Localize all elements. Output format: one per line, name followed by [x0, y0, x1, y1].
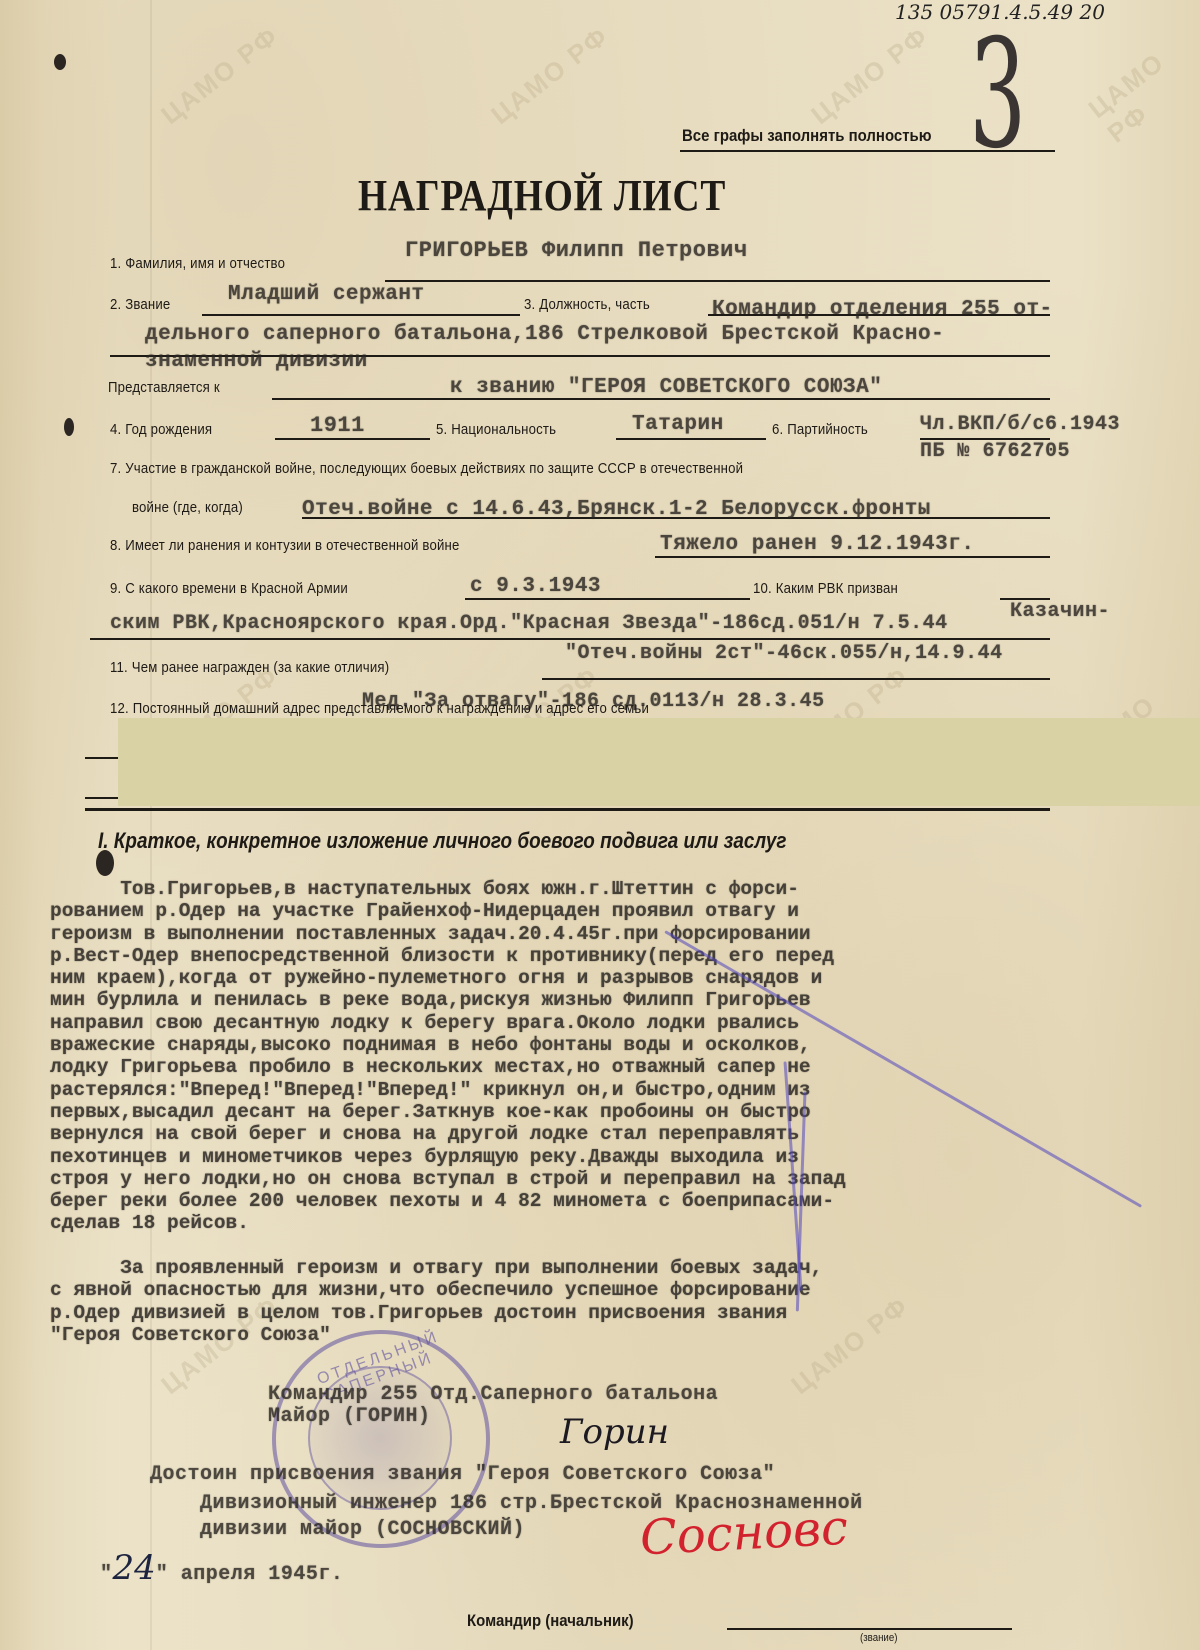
field-10-continuation: ским РВК,Красноярского края.Орд."Красная… [110, 612, 948, 635]
punch-hole [64, 418, 74, 436]
field-7-label-2: войне (где, когда) [132, 499, 243, 516]
narrative-line: р.Вест-Одер внепосредственной близости к… [50, 945, 1170, 967]
field-4-line [275, 438, 430, 440]
narrative-line: Тов.Григорьев,в наступательных боях южн.… [50, 878, 1170, 900]
field-9-value: с 9.3.1943 [470, 575, 601, 598]
field-6-value: Чл.ВКП/б/с6.1943 [920, 413, 1120, 436]
narrative-line: героизм в выполнении поставленных задач.… [50, 923, 1170, 945]
field-2-line [202, 314, 520, 316]
field-2-label: 2. Звание [110, 296, 170, 313]
narrative-line: направил свою десантную лодку к берегу в… [50, 1012, 1170, 1034]
field-4-label: 4. Год рождения [110, 421, 212, 438]
signatory-2-name: дивизии майор (СОСНОВСКИЙ) [200, 1518, 525, 1541]
field-12-line [85, 757, 118, 759]
field-11-value: "Отеч.войны 2ст"-46ск.055/н,14.9.44 [565, 642, 1003, 665]
signatory-1-position: Командир 255 Отд.Саперного батальона [268, 1383, 718, 1406]
field-1-value: ГРИГОРЬЕВ Филипп Петрович [405, 238, 748, 263]
punch-hole [54, 54, 66, 70]
award-narrative: Тов.Григорьев,в наступательных боях южн.… [50, 878, 1170, 1346]
instruction-note: Все графы заполнять полностью [682, 126, 932, 146]
recommendation-text: Достоин присвоения звания "Героя Советск… [150, 1463, 775, 1486]
field-10-label: 10. Каким РВК призван [753, 580, 898, 597]
footer-signature-line [727, 1628, 1012, 1630]
date-day: 24 [113, 1548, 156, 1588]
field-3-continuation-2: знаменной дивизии [145, 350, 368, 373]
field-5-line [616, 438, 766, 440]
date: "24" апреля 1945г. [100, 1548, 343, 1588]
field-2-value: Младший сержант [228, 283, 425, 306]
field-7-value: Отеч.войне с 14.6.43,Брянск.1-2 Белорусс… [302, 498, 931, 521]
narrative-line: строя у него лодки,но он снова вступал в… [50, 1168, 1170, 1190]
field-1-label: 1. Фамилия, имя и отчество [110, 255, 285, 272]
field-3-continuation-1: дельного саперного батальона,186 Стрелко… [145, 323, 944, 346]
field-8-label: 8. Имеет ли ранения и контузии в отечест… [110, 537, 460, 554]
date-rest: апреля 1945г. [181, 1563, 344, 1586]
field-3-value: Командир отделения 255 от- [712, 298, 1053, 321]
field-10-line-2 [90, 638, 1050, 640]
narrative-line: мин бурлила и пенилась в реке вода,риску… [50, 989, 1170, 1011]
field-9-line [465, 598, 750, 600]
footer-commander-label: Командир (начальник) [467, 1611, 634, 1631]
narrative-line: лодку Григорьева пробило в нескольких ме… [50, 1056, 1170, 1078]
nominated-label: Представляется к [108, 379, 220, 396]
section-divider [85, 808, 1050, 811]
official-stamp: ОТДЕЛЬНЫЙ САПЕРНЫЙ [272, 1330, 490, 1548]
field-5-label: 5. Национальность [436, 421, 556, 438]
narrative-line: с явной опасностью для жизни,что обеспеч… [50, 1279, 1170, 1301]
field-6-continuation: ПБ № 6762705 [920, 440, 1070, 463]
nominated-value: к званию "ГЕРОЯ СОВЕТСКОГО СОЮЗА" [450, 376, 882, 399]
field-9-label: 9. С какого времени в Красной Армии [110, 580, 348, 597]
instruction-underline [680, 150, 1055, 152]
page-number-mark: 3 [969, 20, 1026, 170]
narrative-line: р.Одер дивизией в целом тов.Григорьев до… [50, 1302, 1170, 1324]
narrative-line [50, 1235, 1170, 1257]
footer-caption: (звание) [860, 1632, 897, 1644]
narrative-line: пехотинцев и минометчиков через бурлящую… [50, 1146, 1170, 1168]
field-8-line [655, 556, 1050, 558]
document-title: НАГРАДНОЙ ЛИСТ [358, 170, 726, 221]
field-6-label: 6. Партийность [772, 421, 868, 438]
signature-2: Сосновс [639, 1500, 849, 1567]
field-11-line [542, 678, 1050, 680]
redaction-box [118, 718, 1200, 806]
paper-fold [150, 0, 152, 1650]
narrative-line: первых,высадил десант на берег.Заткнув к… [50, 1101, 1170, 1123]
narrative-line: сделав 18 рейсов. [50, 1212, 1170, 1234]
field-12-label: 12. Постоянный домашний адрес представля… [110, 700, 649, 717]
narrative-line: рованием р.Одер на участке Грайенхоф-Нид… [50, 900, 1170, 922]
field-12-line-2 [85, 797, 118, 799]
field-5-value: Татарин [632, 413, 724, 436]
field-4-value: 1911 [310, 413, 365, 438]
field-10-value: Казачин- [1010, 600, 1110, 623]
field-3-label: 3. Должность, часть [524, 296, 650, 313]
narrative-line: За проявленный героизм и отвагу при выпо… [50, 1257, 1170, 1279]
narrative-line: вражеские снаряды,высоко поднимая в небо… [50, 1034, 1170, 1056]
field-11-label: 11. Чем ранее награжден (за какие отличи… [110, 659, 389, 676]
field-8-value: Тяжело ранен 9.12.1943г. [660, 533, 974, 556]
field-7-label: 7. Участие в гражданской войне, последую… [110, 460, 743, 477]
narrative-line: "Героя Советского Союза" [50, 1324, 1170, 1346]
narrative-line: растерялся:"Вперед!"Вперед!"Вперед!" кри… [50, 1079, 1170, 1101]
narrative-line: берег реки более 200 человек пехоты и 4 … [50, 1190, 1170, 1212]
narrative-line: ним краем),когда от ружейно-пулеметного … [50, 967, 1170, 989]
signature-1: Горин [560, 1412, 669, 1452]
signatory-1-name: Майор (ГОРИН) [268, 1405, 431, 1428]
section-heading: I. Краткое, конкретное изложение личного… [98, 828, 787, 854]
field-1-line [385, 280, 1050, 282]
